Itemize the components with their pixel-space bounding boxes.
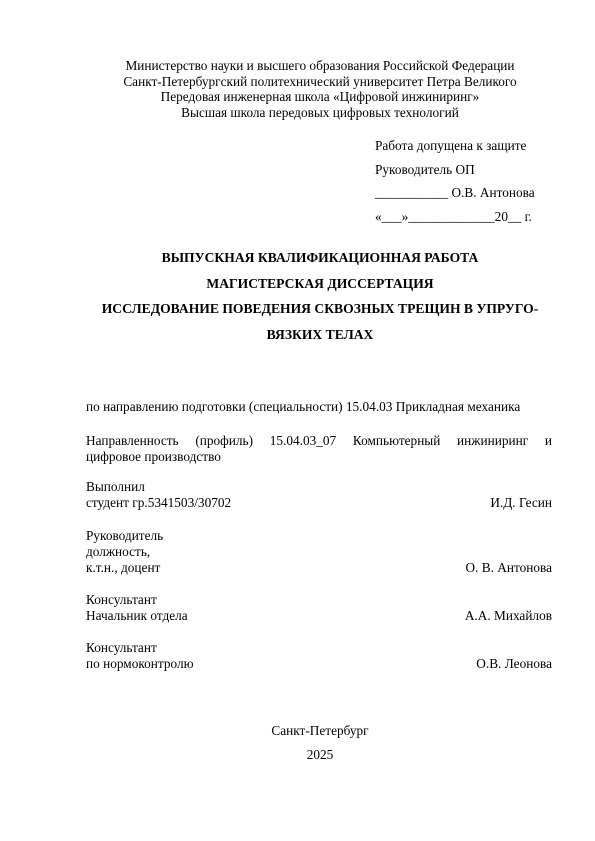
supervisor-row: к.т.н., доцент О. В. Антонова [86,560,552,576]
supervisor-block: Руководитель должность, к.т.н., доцент О… [86,528,552,576]
normcontrol-row: по нормоконтролю О.В. Леонова [86,656,552,672]
normcontrol-label: Консультант [86,640,552,656]
consultant-position: Начальник отдела [86,608,188,624]
profile-line1: Направленность (профиль) 15.04.03_07 Ком… [86,433,552,449]
admitted-to-defense: Работа допущена к защите [375,137,575,161]
profile-word: Направленность [86,433,179,449]
student-group: студент гр.5341503/30702 [86,495,231,511]
city: Санкт-Петербург [0,722,595,746]
student-row: студент гр.5341503/30702 И.Д. Гесин [86,495,552,511]
profile-word: и [545,433,552,449]
direction-text: по направлению подготовки (специальности… [86,399,552,415]
supervisor-degree: к.т.н., доцент [86,560,160,576]
normcontrol-name: О.В. Леонова [476,656,552,672]
normcontrol-position: по нормоконтролю [86,656,194,672]
approval-block: Работа допущена к защите Руководитель ОП… [375,137,575,231]
supervisor-position: должность, [86,544,552,560]
topic-title-line2: ВЯЗКИХ ТЕЛАХ [0,325,595,351]
year: 2025 [0,746,595,770]
profile-line2: цифровое производство [86,449,552,465]
approval-date: «___»_____________20__ г. [375,208,575,232]
program-head-role: Руководитель ОП [375,161,575,185]
school-line: Передовая инженерная школа «Цифровой инж… [0,89,595,105]
higher-school-line: Высшая школа передовых цифровых технолог… [0,105,595,121]
profile-word: инжиниринг [457,433,528,449]
consultant-label: Консультант [86,592,552,608]
supervisor-label: Руководитель [86,528,552,544]
degree-title: МАГИСТЕРСКАЯ ДИССЕРТАЦИЯ [0,274,595,300]
consultant-name: А.А. Михайлов [465,608,552,624]
university-line: Санкт-Петербургский политехнический унив… [0,74,595,90]
supervisor-name: О. В. Антонова [465,560,552,576]
normcontrol-block: Консультант по нормоконтролю О.В. Леонов… [86,640,552,672]
profile-word: (профиль) [195,433,253,449]
ministry-line: Министерство науки и высшего образования… [0,58,595,74]
study-profile: Направленность (профиль) 15.04.03_07 Ком… [86,433,552,465]
student-label: Выполнил [86,479,552,495]
institution-header: Министерство науки и высшего образования… [0,58,595,120]
student-name: И.Д. Гесин [490,495,552,511]
consultant-row: Начальник отдела А.А. Михайлов [86,608,552,624]
profile-word: Компьютерный [353,433,440,449]
program-head-signature: ___________ О.В. Антонова [375,184,575,208]
profile-word: 15.04.03_07 [270,433,336,449]
consultant-block: Консультант Начальник отдела А.А. Михайл… [86,592,552,624]
thesis-titles: ВЫПУСКНАЯ КВАЛИФИКАЦИОННАЯ РАБОТА МАГИСТ… [0,248,595,350]
student-block: Выполнил студент гр.5341503/30702 И.Д. Г… [86,479,552,511]
study-direction: по направлению подготовки (специальности… [86,399,552,415]
footer: Санкт-Петербург 2025 [0,722,595,770]
title-page: Министерство науки и высшего образования… [0,0,595,841]
topic-title-line1: ИССЛЕДОВАНИЕ ПОВЕДЕНИЯ СКВОЗНЫХ ТРЕЩИН В… [0,299,595,325]
work-type-title: ВЫПУСКНАЯ КВАЛИФИКАЦИОННАЯ РАБОТА [0,248,595,274]
